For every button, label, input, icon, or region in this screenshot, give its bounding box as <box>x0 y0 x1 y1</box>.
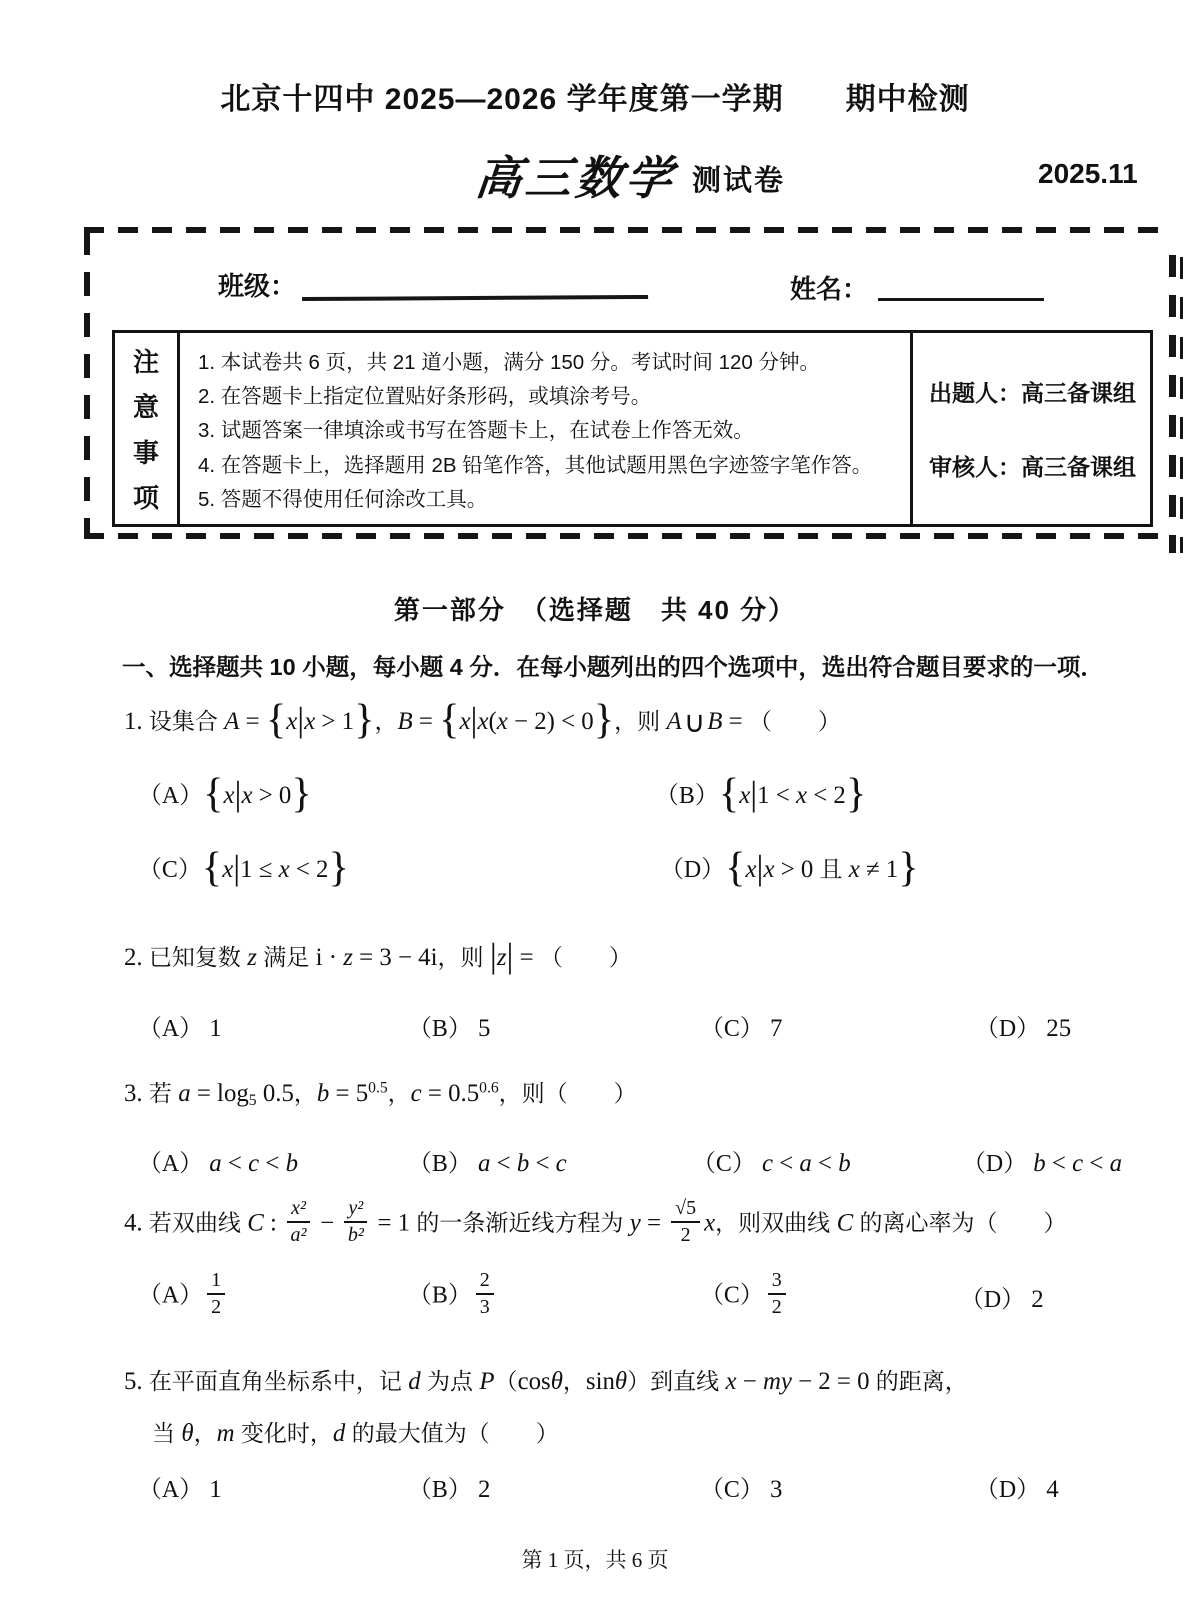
question-3-option-b: （B） a < b < c <box>408 1148 567 1180</box>
notice-box: 注 意 事 项 1. 本试卷共 6 页，共 21 道小题，满分 150 分。考试… <box>112 330 1153 527</box>
exam-page: 北京十四中 2025—2026 学年度第一学期 期中检测 高三数学 测试卷 20… <box>0 0 1190 1614</box>
notice-staff: 出题人：高三备课组 审核人：高三备课组 <box>910 333 1150 524</box>
notice-item: 1. 本试卷共 6 页，共 21 道小题，满分 150 分。考试时间 120 分… <box>198 345 902 375</box>
paper-subject: 高三数学 <box>473 142 680 208</box>
question-3-stem: 3. 若 a = log5 0.5，b = 50.5，c = 0.50.6，则（… <box>124 1078 637 1110</box>
notice-title-char: 事 <box>133 433 159 470</box>
reviewer-line: 审核人：高三备课组 <box>929 449 1150 482</box>
question-4-option-a: （A）12 <box>138 1272 229 1321</box>
question-1-option-c: （C）{x|1 ≤ x < 2} <box>138 854 349 886</box>
cut-line-bottom <box>84 533 1170 539</box>
question-3-option-d: （D） b < c < a <box>962 1148 1122 1180</box>
notice-item: 4. 在答题卡上，选择题用 2B 铅笔作答，其他试题用黑色字迹签字笔作答。 <box>198 448 902 478</box>
notice-list: 1. 本试卷共 6 页，共 21 道小题，满分 150 分。考试时间 120 分… <box>180 333 910 524</box>
question-4-option-b: （B）23 <box>408 1272 498 1321</box>
class-input-line[interactable] <box>302 267 648 301</box>
cut-line-left <box>84 231 90 535</box>
page-title: 北京十四中 2025—2026 学年度第一学期 期中检测 <box>0 74 1190 118</box>
question-4-stem: 4. 若双曲线 C : x²a² − y²b² = 1 的一条渐近线方程为 y … <box>124 1200 1067 1249</box>
question-1-option-a: （A）{x|x > 0} <box>138 780 312 812</box>
question-2-stem: 2. 已知复数 z 满足 i · z = 3 − 4i，则 |z| = （ ） <box>124 942 632 973</box>
cut-line-right-outer <box>1169 255 1176 553</box>
notice-item: 2. 在答题卡上指定位置贴好条形码，或填涂考号。 <box>198 379 902 409</box>
paper-type-label: 测试卷 <box>692 158 785 199</box>
exam-date: 2025.11 <box>1038 158 1138 190</box>
part-heading: 第一部分 （选择题 共 40 分） <box>0 590 1190 627</box>
cut-line-right-inner <box>1180 257 1183 553</box>
question-2-option-a: （A） 1 <box>138 1013 222 1045</box>
question-5-option-b: （B） 2 <box>408 1474 490 1506</box>
notice-item: 3. 试题答案一律填涂或书写在答题卡上，在试卷上作答无效。 <box>198 413 902 443</box>
page-footer: 第 1 页，共 6 页 <box>0 1544 1190 1574</box>
name-input-line[interactable] <box>878 271 1044 301</box>
name-label: 姓名： <box>790 269 868 306</box>
question-4-option-c: （C）32 <box>700 1272 790 1321</box>
question-4-option-d: （D） 2 <box>960 1284 1044 1316</box>
class-label: 班级： <box>218 266 296 303</box>
section-intro: 一、选择题共 10 小题，每小题 4 分．在每小题列出的四个选项中，选出符合题目… <box>122 648 1104 682</box>
setter-line: 出题人：高三备课组 <box>929 375 1150 408</box>
notice-title-char: 项 <box>133 478 159 515</box>
question-5-stem-line2: 当 θ，m 变化时，d 的最大值为（ ） <box>152 1418 559 1449</box>
notice-title-char: 注 <box>133 342 159 379</box>
question-2-option-c: （C） 7 <box>700 1013 782 1045</box>
question-1-option-d: （D）{x|x > 0 且 x ≠ 1} <box>660 854 919 886</box>
notice-title-char: 意 <box>133 387 159 424</box>
question-3-option-a: （A） a < c < b <box>138 1148 298 1180</box>
notice-title: 注 意 事 项 <box>115 333 180 524</box>
question-2-option-b: （B） 5 <box>408 1013 490 1045</box>
question-5-option-d: （D） 4 <box>975 1474 1059 1506</box>
question-1-stem: 1. 设集合 A = {x|x > 1}，B = {x|x(x − 2) < 0… <box>124 706 841 737</box>
question-3-option-c: （C） c < a < b <box>692 1148 851 1180</box>
question-1-option-b: （B）{x|1 < x < 2} <box>655 780 866 812</box>
notice-item: 5. 答题不得使用任何涂改工具。 <box>198 482 902 512</box>
question-5-option-a: （A） 1 <box>138 1474 222 1506</box>
question-5-option-c: （C） 3 <box>700 1474 782 1506</box>
cut-line-top <box>84 227 1170 233</box>
question-2-option-d: （D） 25 <box>975 1013 1071 1045</box>
question-5-stem: 5. 在平面直角坐标系中，记 d 为点 P（cosθ，sinθ）到直线 x − … <box>124 1366 968 1397</box>
